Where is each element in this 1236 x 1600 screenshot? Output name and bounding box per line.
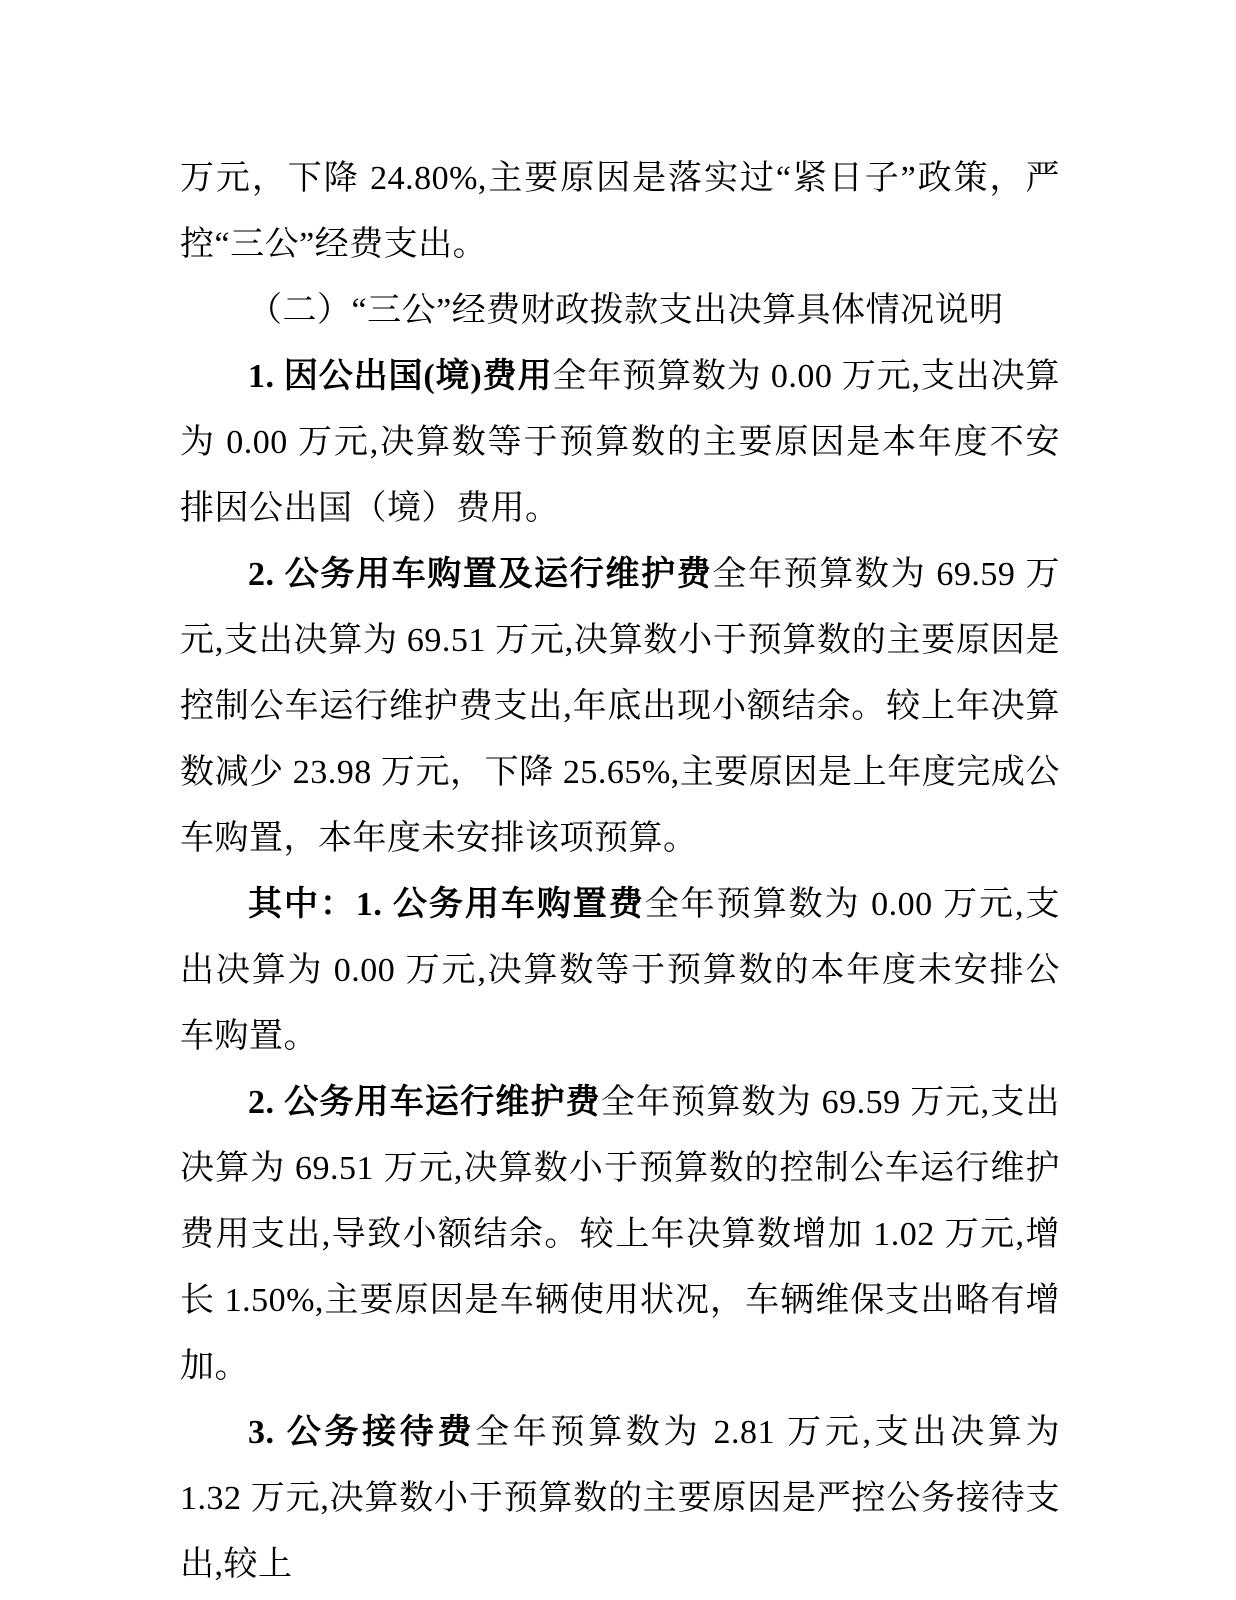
paragraph: 2. 公务用车购置及运行维护费全年预算数为 69.59 万元,支出决算为 69.… [180, 542, 1060, 872]
document-body: 万元，下降 24.80%,主要原因是落实过“紧日子”政策，严控“三公”经费支出。… [180, 146, 1060, 1598]
paragraph-text: 全年预算数为 69.59 万元,支出决算为 69.51 万元,决算数小于预算数的… [180, 1084, 1060, 1385]
paragraph: 万元，下降 24.80%,主要原因是落实过“紧日子”政策，严控“三公”经费支出。 [180, 146, 1060, 278]
paragraph: （二）“三公”经费财政拨款支出决算具体情况说明 [180, 278, 1060, 344]
paragraph-lead: 3. 公务接待费 [248, 1414, 475, 1451]
paragraph: 1. 因公出国(境)费用全年预算数为 0.00 万元,支出决算为 0.00 万元… [180, 344, 1060, 542]
paragraph: 2. 公务用车运行维护费全年预算数为 69.59 万元,支出决算为 69.51 … [180, 1070, 1060, 1400]
paragraph-text: 万元，下降 24.80%,主要原因是落实过“紧日子”政策，严控“三公”经费支出。 [180, 160, 1060, 263]
paragraph: 3. 公务接待费全年预算数为 2.81 万元,支出决算为 1.32 万元,决算数… [180, 1400, 1060, 1598]
paragraph-text: （二）“三公”经费财政拨款支出决算具体情况说明 [248, 292, 1004, 329]
paragraph-lead: 1. 因公出国(境)费用 [248, 358, 552, 395]
document-page: 万元，下降 24.80%,主要原因是落实过“紧日子”政策，严控“三公”经费支出。… [0, 0, 1236, 1600]
paragraph-lead: 2. 公务用车运行维护费 [248, 1084, 601, 1121]
paragraph-text: 全年预算数为 69.59 万元,支出决算为 69.51 万元,决算数小于预算数的… [180, 556, 1060, 857]
paragraph: 其中：1. 公务用车购置费全年预算数为 0.00 万元,支出决算为 0.00 万… [180, 872, 1060, 1070]
paragraph-lead: 其中：1. 公务用车购置费 [248, 886, 645, 923]
paragraph-lead: 2. 公务用车购置及运行维护费 [248, 556, 712, 593]
